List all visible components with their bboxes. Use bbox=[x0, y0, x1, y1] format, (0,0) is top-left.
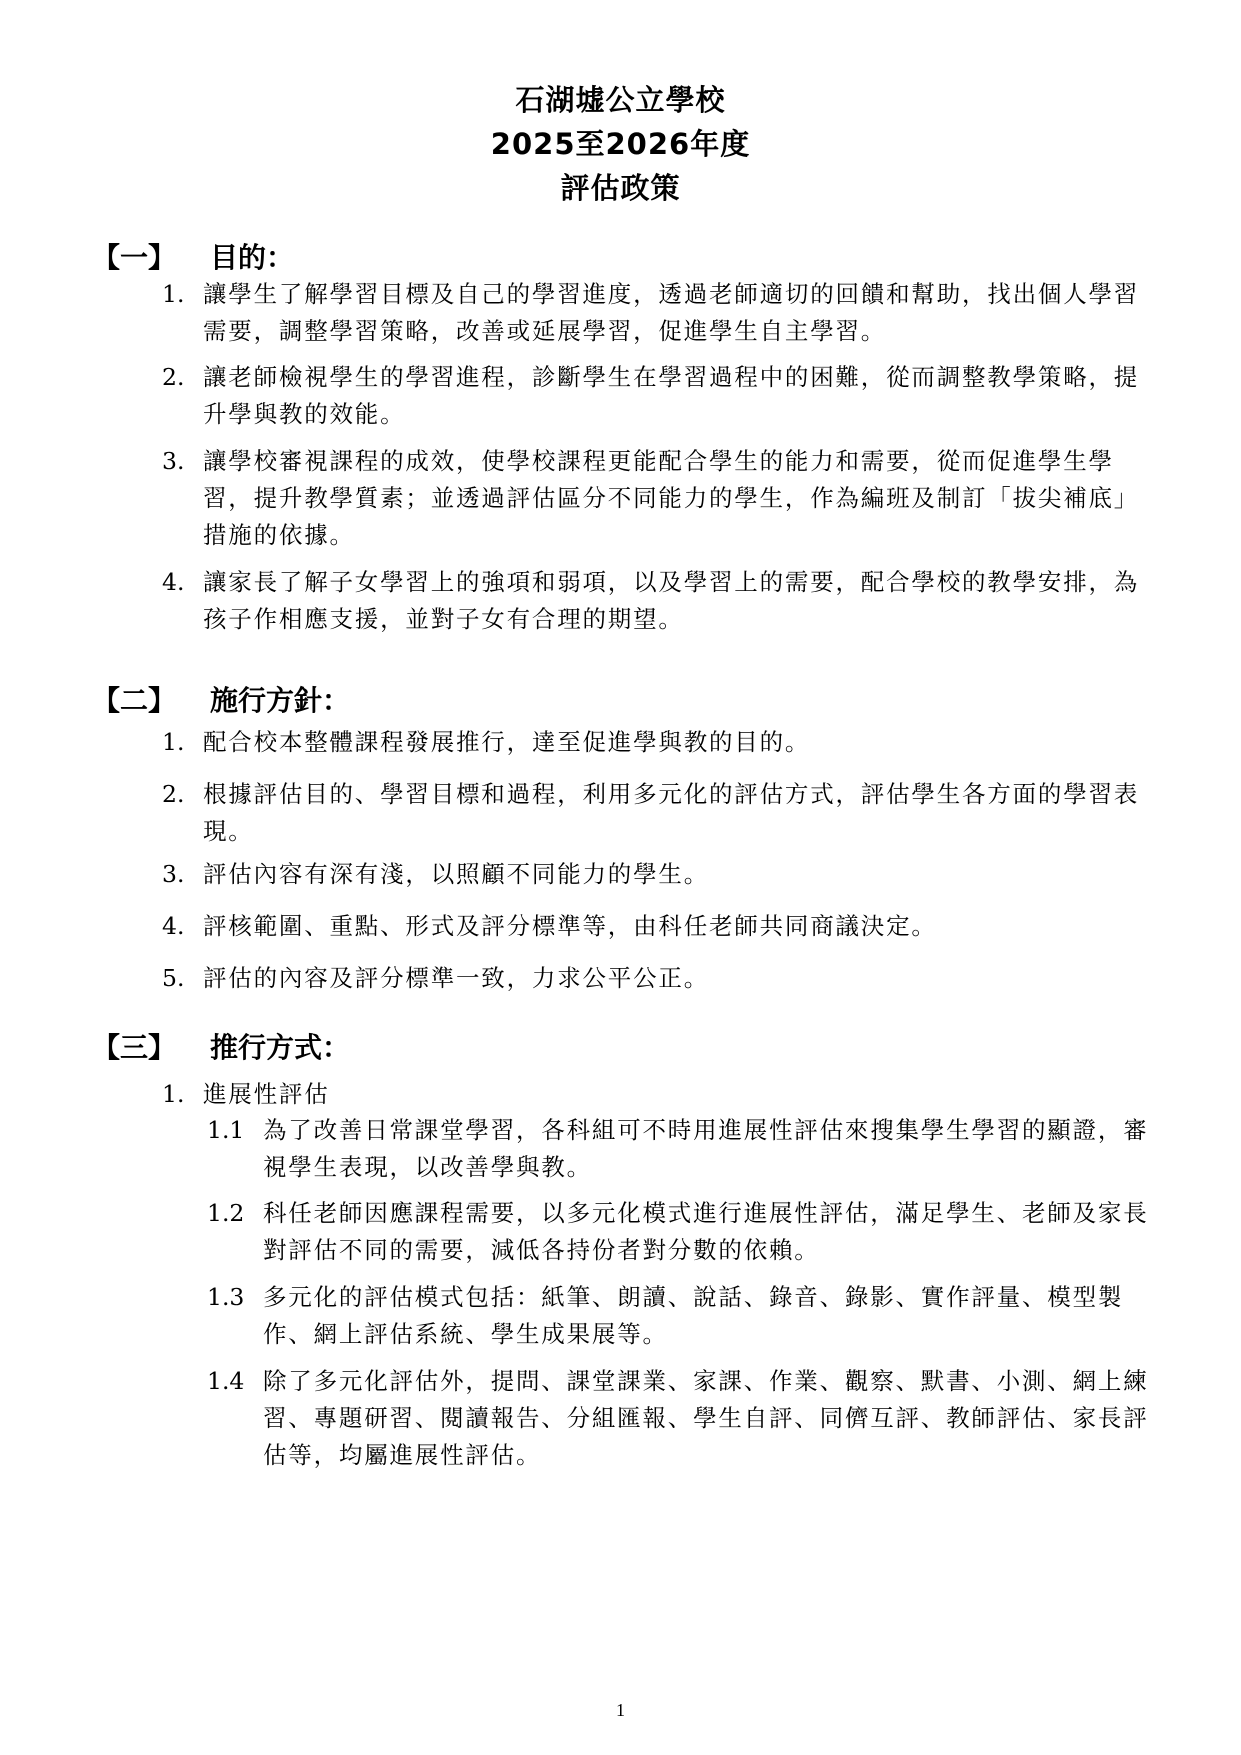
document-title-block: 石湖墟公立學校 2025至2026年度 評估政策 bbox=[0, 78, 1241, 210]
list-item: 3. 評估內容有深有淺，以照顧不同能力的學生。 bbox=[162, 856, 1142, 893]
sub-list-item: 1.4 除了多元化評估外，提問、課堂課業、家課、作業、觀察、默書、小測、網上練習… bbox=[207, 1363, 1162, 1474]
item-marker: 4. bbox=[162, 564, 184, 601]
sub-list-item: 1.1 為了改善日常課堂學習，各科組可不時用進展性評估來搜集學生學習的顯證，審視… bbox=[207, 1112, 1162, 1186]
item-text: 評估的內容及評分標準一致，力求公平公正。 bbox=[162, 960, 1142, 997]
item-marker: 1.1 bbox=[207, 1112, 244, 1149]
list-item: 1. 讓學生了解學習目標及自己的學習進度，透過老師適切的回饋和幫助，找出個人學習… bbox=[162, 276, 1142, 350]
sub-list-item: 1.3 多元化的評估模式包括：紙筆、朗讀、說話、錄音、錄影、實作評量、模型製作、… bbox=[207, 1279, 1162, 1353]
item-marker: 1.3 bbox=[207, 1279, 244, 1316]
page-number: 1 bbox=[0, 1700, 1241, 1721]
item-text: 配合校本整體課程發展推行，達至促進學與教的目的。 bbox=[162, 724, 1142, 761]
item-marker: 2. bbox=[162, 359, 184, 396]
section-title: 推行方式： bbox=[210, 1031, 350, 1064]
item-text: 讓學校審視課程的成效，使學校課程更能配合學生的能力和需要，從而促進學生學習，提升… bbox=[162, 443, 1142, 554]
item-marker: 1. bbox=[162, 276, 184, 313]
list-item: 5. 評估的內容及評分標準一致，力求公平公正。 bbox=[162, 960, 1142, 997]
item-marker: 5. bbox=[162, 960, 184, 997]
section-heading-guidelines: 【二】施行方針： bbox=[92, 681, 350, 721]
item-text: 讓老師檢視學生的學習進程，診斷學生在學習過程中的困難，從而調整教學策略，提升學與… bbox=[162, 359, 1142, 433]
section-number: 【一】 bbox=[92, 238, 210, 278]
item-marker: 1.4 bbox=[207, 1363, 244, 1400]
list-item: 1. 配合校本整體課程發展推行，達至促進學與教的目的。 bbox=[162, 724, 1142, 761]
section-number: 【三】 bbox=[92, 1028, 210, 1068]
section-title: 目的： bbox=[210, 241, 294, 274]
item-text: 科任老師因應課程需要，以多元化模式進行進展性評估，滿足學生、老師及家長對評估不同… bbox=[207, 1195, 1162, 1269]
item-text: 讓學生了解學習目標及自己的學習進度，透過老師適切的回饋和幫助，找出個人學習需要，… bbox=[162, 276, 1142, 350]
school-name: 石湖墟公立學校 bbox=[0, 78, 1241, 122]
item-text: 讓家長了解子女學習上的強項和弱項，以及學習上的需要，配合學校的教學安排，為孩子作… bbox=[162, 564, 1142, 638]
item-text: 除了多元化評估外，提問、課堂課業、家課、作業、觀察、默書、小測、網上練習、專題研… bbox=[207, 1363, 1162, 1474]
item-marker: 1.2 bbox=[207, 1195, 244, 1232]
sub-list-item: 1.2 科任老師因應課程需要，以多元化模式進行進展性評估，滿足學生、老師及家長對… bbox=[207, 1195, 1162, 1269]
academic-year: 2025至2026年度 bbox=[0, 122, 1241, 166]
list-item: 1. 進展性評估 bbox=[162, 1076, 1142, 1113]
list-item: 2. 根據評估目的、學習目標和過程，利用多元化的評估方式，評估學生各方面的學習表… bbox=[162, 776, 1142, 850]
item-text: 評核範圍、重點、形式及評分標準等，由科任老師共同商議決定。 bbox=[162, 908, 1142, 945]
item-marker: 2. bbox=[162, 776, 184, 813]
item-marker: 3. bbox=[162, 856, 184, 893]
item-text: 為了改善日常課堂學習，各科組可不時用進展性評估來搜集學生學習的顯證，審視學生表現… bbox=[207, 1112, 1162, 1186]
item-text: 進展性評估 bbox=[162, 1076, 1142, 1113]
item-text: 評估內容有深有淺，以照顧不同能力的學生。 bbox=[162, 856, 1142, 893]
list-item: 4. 讓家長了解子女學習上的強項和弱項，以及學習上的需要，配合學校的教學安排，為… bbox=[162, 564, 1142, 638]
list-item: 3. 讓學校審視課程的成效，使學校課程更能配合學生的能力和需要，從而促進學生學習… bbox=[162, 443, 1142, 554]
section-heading-purpose: 【一】目的： bbox=[92, 238, 294, 278]
item-marker: 4. bbox=[162, 908, 184, 945]
item-marker: 1. bbox=[162, 724, 184, 761]
item-text: 多元化的評估模式包括：紙筆、朗讀、說話、錄音、錄影、實作評量、模型製作、網上評估… bbox=[207, 1279, 1162, 1353]
document-page: 石湖墟公立學校 2025至2026年度 評估政策 【一】目的： 1. 讓學生了解… bbox=[0, 0, 1241, 1755]
section-title: 施行方針： bbox=[210, 684, 350, 717]
list-item: 2. 讓老師檢視學生的學習進程，診斷學生在學習過程中的困難，從而調整教學策略，提… bbox=[162, 359, 1142, 433]
item-marker: 3. bbox=[162, 443, 184, 480]
section-heading-implementation: 【三】推行方式： bbox=[92, 1028, 350, 1068]
item-marker: 1. bbox=[162, 1076, 184, 1113]
list-item: 4. 評核範圍、重點、形式及評分標準等，由科任老師共同商議決定。 bbox=[162, 908, 1142, 945]
policy-title: 評估政策 bbox=[0, 166, 1241, 210]
item-text: 根據評估目的、學習目標和過程，利用多元化的評估方式，評估學生各方面的學習表現。 bbox=[162, 776, 1142, 850]
section-number: 【二】 bbox=[92, 681, 210, 721]
